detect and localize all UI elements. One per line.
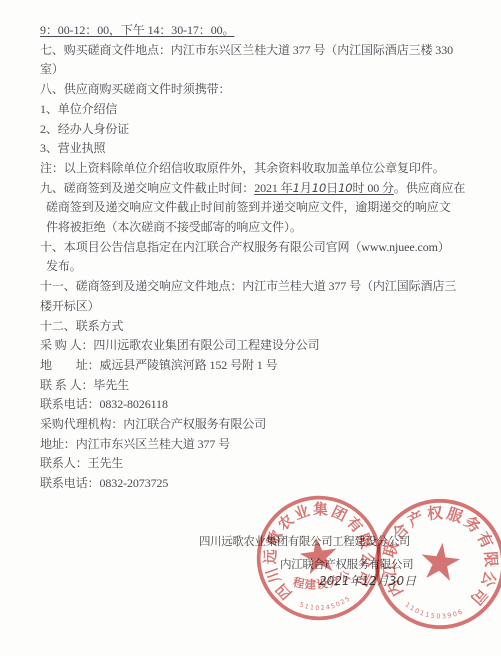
agency-seal-stamp: 内江联合产权服务有限公司 5110115039066 — [364, 488, 501, 640]
text-segment: 联系电话：0832-8026118 — [40, 397, 168, 411]
document-line: 3、营业执照 — [40, 139, 465, 159]
text-segment: 。供应商应在 — [394, 181, 465, 195]
text-segment: 地址：内江市东兴区兰桂大道 377 号 — [40, 437, 230, 451]
text-segment: 联系电话：0832-2073725 — [40, 476, 168, 490]
document-body: 9：00-12：00，下午 14：30-17：00。七、购买磋商文件地点：内江市… — [40, 21, 465, 494]
text-segment: 2021 年 — [254, 181, 292, 195]
text-segment: 楼开标区） — [40, 299, 100, 313]
text-segment: 2、经办人身份证 — [40, 122, 129, 136]
document-line: 联系电话：0832-8026118 — [40, 395, 465, 415]
document-line: 联系人：王先生 — [40, 454, 465, 474]
text-segment: 1、单位介绍信 — [40, 102, 117, 116]
document-line: 注：以上资料除单位介绍信收取原件外，其余资料收取加盖单位公章复印件。 — [40, 159, 465, 179]
text-segment: 九、磋商签到及递交响应文件截止时间： — [40, 181, 254, 195]
text-segment: 9：00-12：00，下午 14：30-17：00。 — [40, 23, 234, 37]
document-line: 室） — [40, 60, 465, 80]
document-line: 1、单位介绍信 — [40, 100, 465, 120]
document-line: 十一、磋商签到及递交响应文件地点：内江市兰桂大道 377 号（内江国际酒店三 — [40, 277, 465, 297]
text-segment: 时 00 分 — [353, 181, 394, 195]
document-line: 件将被拒绝（本次磋商不接受邮寄的响应文件）。 — [40, 218, 465, 238]
document-line: 采 购 人：四川远歌农业集团有限公司工程建设分公司 — [40, 336, 465, 356]
text-segment: 采购代理机构：内江联合产权服务有限公司 — [40, 417, 266, 431]
document-line: 七、购买磋商文件地点：内江市东兴区兰桂大道 377 号（内江国际酒店三楼 330 — [40, 41, 465, 61]
text-segment: 月 — [300, 181, 312, 195]
text-segment: 发布。 — [46, 259, 82, 273]
text-segment: 八、供应商购买磋商文件时须携带： — [40, 82, 230, 96]
text-segment: 日 — [326, 181, 338, 195]
document-line: 联 系 人：毕先生 — [40, 376, 465, 396]
text-segment: 十、本项目公告信息指定在内江联合产权服务有限公司官网（www.njuee.com… — [40, 240, 450, 254]
document-line: 九、磋商签到及递交响应文件截止时间：2021 年1月10日10时 00 分。供应… — [40, 179, 465, 199]
text-segment: 地 址：威远县严陵镇滨河路 152 号附 1 号 — [40, 358, 278, 372]
seal-sub-text: 工程建设分公司 — [238, 478, 355, 600]
document-line: 楼开标区） — [40, 297, 465, 317]
text-segment: 七、购买磋商文件地点：内江市东兴区兰桂大道 377 号（内江国际酒店三楼 330 — [40, 43, 453, 57]
document-line: 采购代理机构：内江联合产权服务有限公司 — [40, 415, 465, 435]
text-segment: 采 购 人：四川远歌农业集团有限公司工程建设分公司 — [40, 338, 320, 352]
document-line: 2、经办人身份证 — [40, 120, 465, 140]
seal-star-icon — [298, 535, 340, 575]
text-segment: 3、营业执照 — [40, 141, 105, 155]
document-line: 地 址：威远县严陵镇滨河路 152 号附 1 号 — [40, 356, 465, 376]
document-line: 磋商签到及递交响应文件截止时间前签到并递交响应文件，逾期递交的响应文 — [40, 198, 465, 218]
text-segment: 十一、磋商签到及递交响应文件地点：内江市兰桂大道 377 号（内江国际酒店三 — [40, 279, 456, 293]
text-segment: 10 — [338, 181, 352, 195]
document-line: 发布。 — [40, 257, 465, 277]
document-page: 9：00-12：00，下午 14：30-17：00。七、购买磋商文件地点：内江市… — [0, 0, 501, 656]
document-line: 9：00-12：00，下午 14：30-17：00。 — [40, 21, 465, 41]
text-segment: 室） — [40, 62, 64, 76]
document-line: 地址：内江市东兴区兰桂大道 377 号 — [40, 435, 465, 455]
text-segment: 件将被拒绝（本次磋商不接受邮寄的响应文件）。 — [46, 220, 302, 234]
text-segment: 注：以上资料除单位介绍信收取原件外，其余资料收取加盖单位公章复印件。 — [40, 161, 445, 175]
seal-star-icon — [419, 540, 462, 581]
document-line: 十、本项目公告信息指定在内江联合产权服务有限公司官网（www.njuee.com… — [40, 238, 465, 258]
text-segment: 十二、联系方式 — [40, 319, 123, 333]
document-line: 十二、联系方式 — [40, 317, 465, 337]
text-segment: 10 — [312, 181, 326, 195]
text-segment: 1 — [293, 181, 300, 195]
text-segment: 联系人：王先生 — [40, 456, 123, 470]
text-segment: 磋商签到及递交响应文件截止时间前签到并递交响应文件，逾期递交的响应文 — [46, 200, 451, 214]
document-line: 八、供应商购买磋商文件时须携带： — [40, 80, 465, 100]
text-segment: 联 系 人：毕先生 — [40, 378, 129, 392]
